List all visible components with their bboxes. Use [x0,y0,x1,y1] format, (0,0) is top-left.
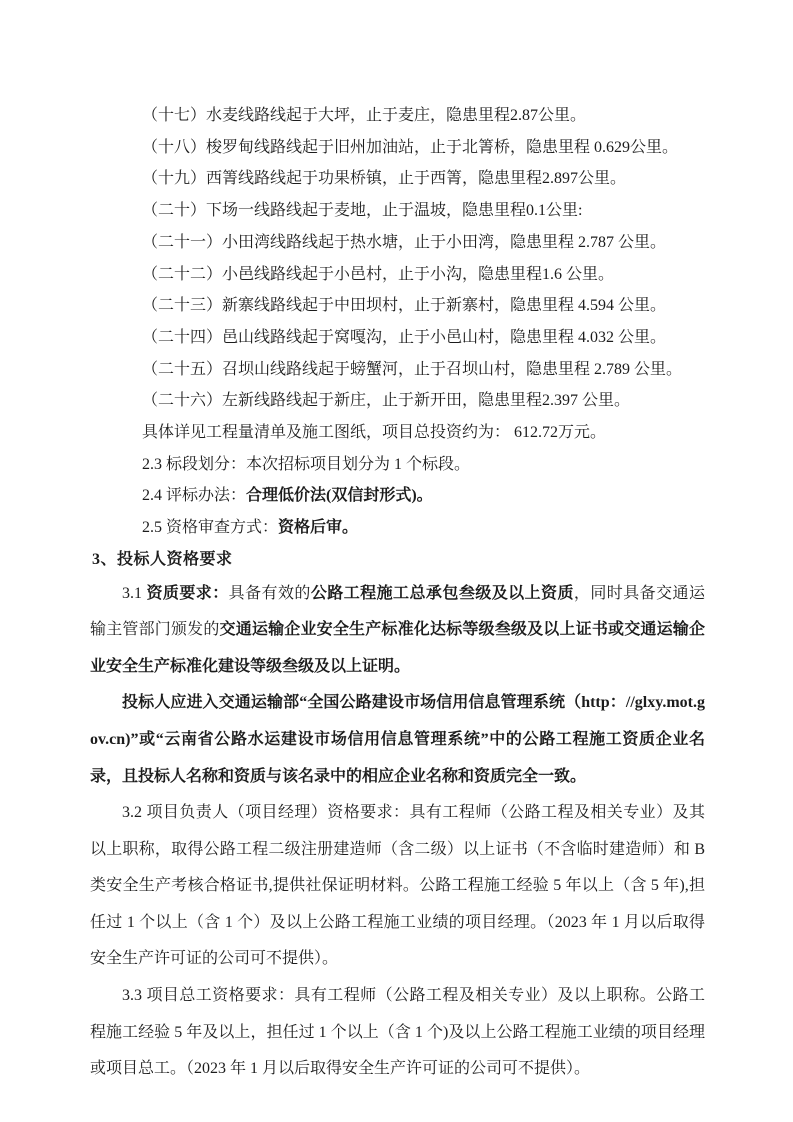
paragraph: （十九）西箐线路线起于功果桥镇，止于西箐，隐患里程2.897公里。 [90,163,705,195]
text-segment: 2.4 评标办法： [142,487,246,504]
paragraph: 2.5 资格审查方式：资格后审。 [90,512,705,544]
paragraph: （二十五）召坝山线路线起于螃蟹河，止于召坝山村，隐患里程 2.789 公里。 [90,354,705,386]
paragraph: （二十）下场一线路线起于麦地，止于温坡，隐患里程0.1公里: [90,195,705,227]
section-heading: 3、投标人资格要求 [90,544,705,576]
bold-text-segment: 资质要求： [146,585,228,602]
bold-text-segment: 资格后审。 [278,519,358,536]
paragraph: 具体详见工程量清单及施工图纸，项目总投资约为： 612.72万元。 [90,417,705,449]
text-segment: 3.3 项目总工资格要求：具有工程师（公路工程及相关专业）及以上职称。公路工程施… [90,987,705,1077]
text-segment: 2.5 资格审查方式： [142,519,278,536]
bold-text-segment: 投标人应进入交通运输部“全国公路建设市场信用信息管理系统（http：//glxy… [90,694,705,784]
paragraph: 3.1 资质要求：具备有效的公路工程施工总承包叁级及以上资质，同时具备交通运输主… [90,576,705,686]
text-segment: 3.2 项目负责人（项目经理）资格要求：具有工程师（公路工程及相关专业）及其以上… [90,804,705,967]
bold-text-segment: 公路工程施工总承包叁级及以上资质 [311,585,574,602]
document-body: （十七）水麦线路线起于大坪，止于麦庄，隐患里程2.87公里。（十八）梭罗甸线路线… [90,100,705,1088]
paragraph: 投标人应进入交通运输部“全国公路建设市场信用信息管理系统（http：//glxy… [90,685,705,795]
paragraph: 2.4 评标办法：合理低价法(双信封形式)。 [90,480,705,512]
paragraph: 3.3 项目总工资格要求：具有工程师（公路工程及相关专业）及以上职称。公路工程施… [90,978,705,1088]
paragraph: （二十六）左新线路线起于新庄，止于新开田，隐患里程2.397 公里。 [90,385,705,417]
document-page: （十七）水麦线路线起于大坪，止于麦庄，隐患里程2.87公里。（十八）梭罗甸线路线… [0,0,793,1122]
text-segment: 具备有效的 [229,585,311,602]
bold-text-segment: 合理低价法(双信封形式)。 [246,487,433,504]
paragraph: （二十一）小田湾线路线起于热水塘，止于小田湾，隐患里程 2.787 公里。 [90,227,705,259]
paragraph: 3.2 项目负责人（项目经理）资格要求：具有工程师（公路工程及相关专业）及其以上… [90,795,705,978]
paragraph: （十八）梭罗甸线路线起于旧州加油站，止于北箐桥，隐患里程 0.629公里。 [90,132,705,164]
paragraph: （十七）水麦线路线起于大坪，止于麦庄，隐患里程2.87公里。 [90,100,705,132]
text-segment: 3.1 [122,585,146,602]
paragraph: （二十二）小邑线路线起于小邑村，止于小沟，隐患里程1.6 公里。 [90,259,705,291]
paragraph: （二十三）新寨线路线起于中田坝村，止于新寨村，隐患里程 4.594 公里。 [90,290,705,322]
paragraph: （二十四）邑山线路线起于窝嘎沟，止于小邑山村，隐患里程 4.032 公里。 [90,322,705,354]
paragraph: 2.3 标段划分：本次招标项目划分为 1 个标段。 [90,449,705,481]
